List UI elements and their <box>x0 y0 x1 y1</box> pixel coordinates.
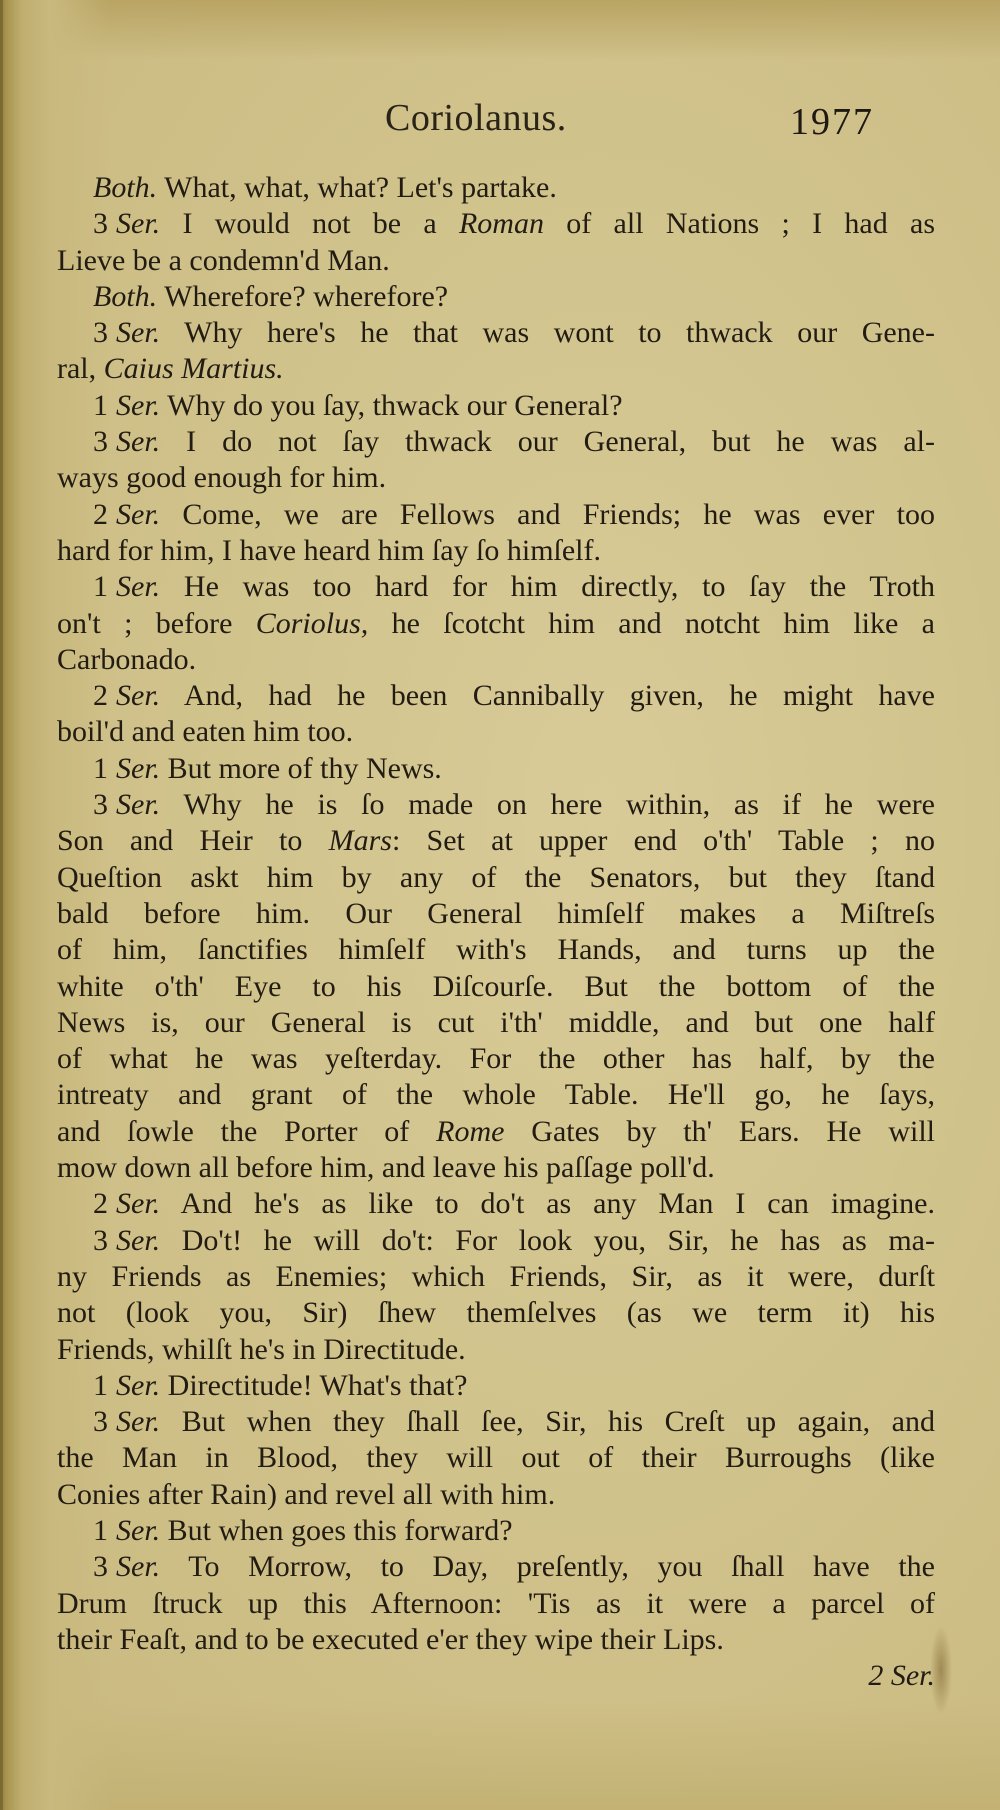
line-text: Directitude! What's that? <box>160 1369 467 1402</box>
servant-number: 3 <box>93 425 108 458</box>
running-title: Coriolanus. <box>385 96 567 140</box>
speech-line: 3Ser. But when they ſhall ſee, Sir, his … <box>57 1404 935 1440</box>
line-text: But when they ſhall ſee, Sir, his Creſt … <box>160 1405 935 1438</box>
line-text: their Feaſt, and to be executed e'er the… <box>57 1623 724 1656</box>
line-text: bald before him. Our General himſelf mak… <box>57 897 935 930</box>
line-text: But when goes this forward? <box>160 1514 512 1547</box>
line-text: And, had he been Cannibally given, he mi… <box>160 679 935 712</box>
speaker-name: Ser. <box>116 316 160 349</box>
book-page: Coriolanus. 1977 Both. What, what, what?… <box>0 0 1000 1810</box>
speech-line: 1Ser. But when goes this forward? <box>57 1513 935 1549</box>
speech-line: 2Ser. And he's as like to do't as any Ma… <box>57 1186 935 1222</box>
speech-line: 3Ser. I would not be a Roman of all Nati… <box>57 206 935 242</box>
line-text: not (look you, Sir) ſhew themſelves (as … <box>57 1296 935 1329</box>
servant-number: 3 <box>93 207 108 240</box>
text-line: News is, our General is cut i'th' middle… <box>57 1005 935 1041</box>
line-text: Why do you ſay, thwack our General? <box>160 389 622 422</box>
line-text: on't ; before <box>57 607 256 640</box>
line-text: of him, ſanctifies himſelf with's Hands,… <box>57 933 935 966</box>
italic-proper-noun: Rome <box>436 1115 504 1148</box>
text-line: white o'th' Eye to his Diſcourſe. But th… <box>57 969 935 1005</box>
text-line: hard for him, I have heard him ſay ſo hi… <box>57 533 935 569</box>
scan-smudge <box>930 1625 952 1715</box>
line-text-continued: Gates by th' Ears. He will <box>504 1115 935 1148</box>
servant-number: 1 <box>93 1369 108 1402</box>
speaker-name: Both. <box>93 171 157 204</box>
line-text: Conies after Rain) and revel all with hi… <box>57 1478 555 1511</box>
catchword-text: 2 Ser. <box>868 1659 935 1692</box>
servant-number: 1 <box>93 389 108 422</box>
text-line: Lieve be a condemn'd Man. <box>57 243 935 279</box>
line-text: Carbonado. <box>57 643 196 676</box>
line-text: intreaty and grant of the whole Table. H… <box>57 1078 935 1111</box>
line-text: ways good enough for him. <box>57 461 386 494</box>
text-line: Conies after Rain) and revel all with hi… <box>57 1477 935 1513</box>
speaker-name: Ser. <box>116 1187 160 1220</box>
text-line: on't ; before Coriolus, he ſcotcht him a… <box>57 606 935 642</box>
line-text: He was too hard for him directly, to ſay… <box>160 570 935 603</box>
speech-line: 1Ser. Why do you ſay, thwack our General… <box>57 388 935 424</box>
servant-number: 1 <box>93 752 108 785</box>
servant-number: 3 <box>93 1405 108 1438</box>
speaker-name: Ser. <box>116 425 160 458</box>
servant-number: 2 <box>93 679 108 712</box>
line-text: What, what, what? Let's partake. <box>157 171 557 204</box>
line-text: Son and Heir to <box>57 824 329 857</box>
line-text-continued: he ſcotcht him and notcht him like a <box>368 607 935 640</box>
speech-line: 1Ser. But more of thy News. <box>57 751 935 787</box>
servant-number: 1 <box>93 570 108 603</box>
dialogue-text-block: Both. What, what, what? Let's partake.3S… <box>57 170 935 1694</box>
line-text: News is, our General is cut i'th' middle… <box>57 1006 935 1039</box>
text-line: ways good enough for him. <box>57 460 935 496</box>
text-line: ny Friends as Enemies; which Friends, Si… <box>57 1259 935 1295</box>
line-text: I would not be a <box>160 207 459 240</box>
speech-line: Both. Wherefore? wherefore? <box>57 279 935 315</box>
speech-line: 3Ser. Do't! he will do't: For look you, … <box>57 1223 935 1259</box>
text-line: Drum ſtruck up this Afternoon: 'Tis as i… <box>57 1586 935 1622</box>
text-line: of him, ſanctifies himſelf with's Hands,… <box>57 932 935 968</box>
line-text: And he's as like to do't as any Man I ca… <box>160 1187 935 1220</box>
servant-number: 3 <box>93 1550 108 1583</box>
text-line: and ſowle the Porter of Rome Gates by th… <box>57 1114 935 1150</box>
italic-proper-noun: Caius Martius. <box>104 352 284 385</box>
speaker-name: Ser. <box>116 1405 160 1438</box>
text-line: bald before him. Our General himſelf mak… <box>57 896 935 932</box>
line-text: Wherefore? wherefore? <box>157 280 448 313</box>
speaker-name: Ser. <box>116 1550 160 1583</box>
line-text: Queſtion askt him by any of the Senators… <box>57 861 935 894</box>
line-text: Friends, whilſt he's in Directitude. <box>57 1333 466 1366</box>
text-line: Friends, whilſt he's in Directitude. <box>57 1332 935 1368</box>
text-line: their Feaſt, and to be executed e'er the… <box>57 1622 935 1658</box>
line-text-continued: of all Nations ; I had as <box>544 207 935 240</box>
speaker-name: Ser. <box>116 752 160 785</box>
speech-line: 1Ser. He was too hard for him directly, … <box>57 569 935 605</box>
page-number: 1977 <box>790 100 874 144</box>
italic-proper-noun: Roman <box>459 207 544 240</box>
line-text: boil'd and eaten him too. <box>57 715 353 748</box>
line-text: But more of thy News. <box>160 752 442 785</box>
text-line: boil'd and eaten him too. <box>57 714 935 750</box>
text-line: ral, Caius Martius. <box>57 351 935 387</box>
speaker-name: Ser. <box>116 1514 160 1547</box>
text-line: Son and Heir to Mars: Set at upper end o… <box>57 823 935 859</box>
speech-line: 1Ser. Directitude! What's that? <box>57 1368 935 1404</box>
speaker-name: Ser. <box>116 788 160 821</box>
speaker-name: Both. <box>93 280 157 313</box>
line-text: white o'th' Eye to his Diſcourſe. But th… <box>57 970 935 1003</box>
speech-line: 3Ser. To Morrow, to Day, preſently, you … <box>57 1549 935 1585</box>
servant-number: 3 <box>93 1224 108 1257</box>
servant-number: 2 <box>93 1187 108 1220</box>
page-header: Coriolanus. 1977 <box>0 96 1000 156</box>
italic-proper-noun: Coriolus, <box>256 607 369 640</box>
text-line: intreaty and grant of the whole Table. H… <box>57 1077 935 1113</box>
line-text: I do not ſay thwack our General, but he … <box>160 425 935 458</box>
italic-proper-noun: Mars <box>329 824 392 857</box>
speech-line: 3Ser. Why he is ſo made on here within, … <box>57 787 935 823</box>
speech-line: 3Ser. Why here's he that was wont to thw… <box>57 315 935 351</box>
line-text: ral, <box>57 352 104 385</box>
speech-line: 2Ser. And, had he been Cannibally given,… <box>57 678 935 714</box>
speaker-name: Ser. <box>116 679 160 712</box>
line-text-continued: : Set at upper end o'th' Table ; no <box>392 824 935 857</box>
speaker-name: Ser. <box>116 570 160 603</box>
line-text: Why he is ſo made on here within, as if … <box>160 788 935 821</box>
text-line: Queſtion askt him by any of the Senators… <box>57 860 935 896</box>
servant-number: 1 <box>93 1514 108 1547</box>
page-gutter-shadow <box>0 0 3 1810</box>
line-text: ny Friends as Enemies; which Friends, Si… <box>57 1260 935 1293</box>
line-text: Why here's he that was wont to thwack ou… <box>160 316 935 349</box>
text-line: not (look you, Sir) ſhew themſelves (as … <box>57 1295 935 1331</box>
servant-number: 3 <box>93 316 108 349</box>
text-line: of what he was yeſterday. For the other … <box>57 1041 935 1077</box>
line-text: and ſowle the Porter of <box>57 1115 436 1148</box>
line-text: Drum ſtruck up this Afternoon: 'Tis as i… <box>57 1587 935 1620</box>
line-text: To Morrow, to Day, preſently, you ſhall … <box>160 1550 935 1583</box>
speaker-name: Ser. <box>116 1224 160 1257</box>
line-text: Come, we are Fellows and Friends; he was… <box>160 498 935 531</box>
catchword: 2 Ser. <box>57 1658 935 1694</box>
speech-line: Both. What, what, what? Let's partake. <box>57 170 935 206</box>
servant-number: 3 <box>93 788 108 821</box>
line-text: hard for him, I have heard him ſay ſo hi… <box>57 534 601 567</box>
line-text: the Man in Blood, they will out of their… <box>57 1441 935 1474</box>
speaker-name: Ser. <box>116 207 160 240</box>
servant-number: 2 <box>93 498 108 531</box>
speaker-name: Ser. <box>116 389 160 422</box>
line-text: Lieve be a condemn'd Man. <box>57 244 390 277</box>
speaker-name: Ser. <box>116 1369 160 1402</box>
text-line: the Man in Blood, they will out of their… <box>57 1440 935 1476</box>
speech-line: 2Ser. Come, we are Fellows and Friends; … <box>57 497 935 533</box>
speech-line: 3Ser. I do not ſay thwack our General, b… <box>57 424 935 460</box>
line-text: of what he was yeſterday. For the other … <box>57 1042 935 1075</box>
speaker-name: Ser. <box>116 498 160 531</box>
text-line: mow down all before him, and leave his p… <box>57 1150 935 1186</box>
text-line: Carbonado. <box>57 642 935 678</box>
line-text: mow down all before him, and leave his p… <box>57 1151 715 1184</box>
line-text: Do't! he will do't: For look you, Sir, h… <box>160 1224 935 1257</box>
